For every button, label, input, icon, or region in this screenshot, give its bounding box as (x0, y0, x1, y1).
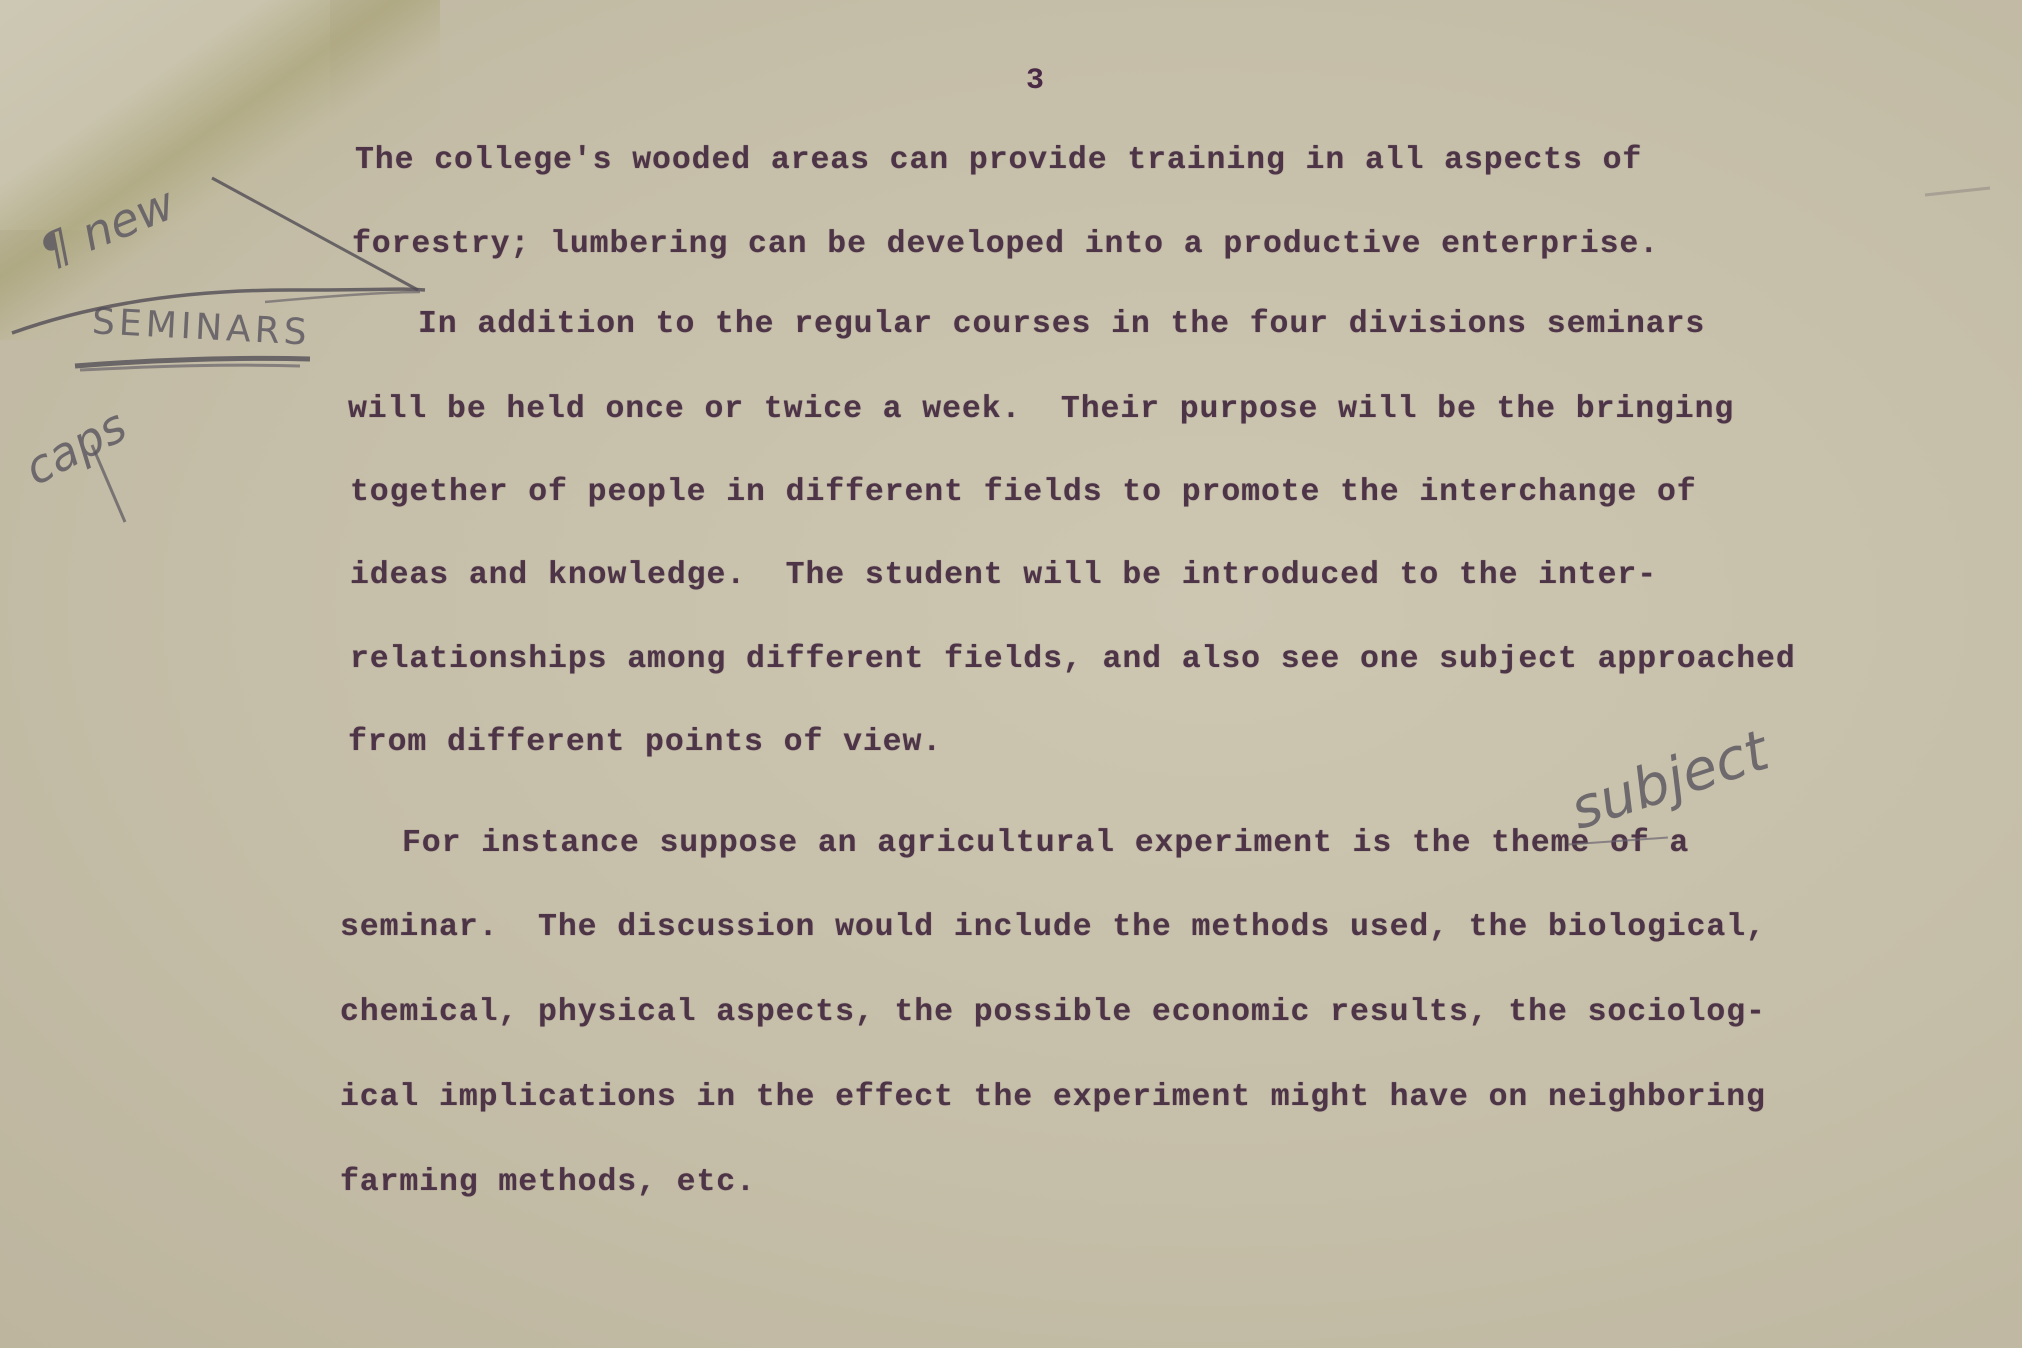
text-line-7: relationships among different fields, an… (350, 642, 1796, 677)
text-line-11: chemical, physical aspects, the possible… (340, 995, 1766, 1030)
insert-arrow-base-2 (265, 292, 420, 302)
edge-smudge (1925, 188, 1990, 195)
margin-heading-seminars: SEMINARS (91, 301, 312, 353)
seminars-underline-2 (80, 365, 300, 370)
page-number: 3 (1026, 64, 1044, 98)
text-line-2: forestry; lumbering can be developed int… (352, 227, 1659, 262)
text-line-4: will be held once or twice a week. Their… (348, 392, 1734, 427)
text-line-3: In addition to the regular courses in th… (418, 307, 1705, 342)
document-page: 3 The college's wooded areas can provide… (0, 0, 2022, 1348)
text-line-5: together of people in different fields t… (350, 475, 1697, 510)
text-line-10: seminar. The discussion would include th… (340, 910, 1766, 945)
text-line-8: from different points of view. (348, 725, 942, 760)
insertion-subject: subject (1563, 718, 1776, 843)
text-line-6: ideas and knowledge. The student will be… (350, 558, 1657, 593)
seminars-underline-1 (75, 358, 310, 366)
margin-note-caps: caps (16, 398, 136, 496)
text-line-9: For instance suppose an agricultural exp… (402, 826, 1689, 861)
text-line-12: ical implications in the effect the expe… (340, 1080, 1766, 1115)
text-line-1: The college's wooded areas can provide t… (355, 143, 1642, 178)
text-line-13: farming methods, etc. (340, 1165, 756, 1200)
